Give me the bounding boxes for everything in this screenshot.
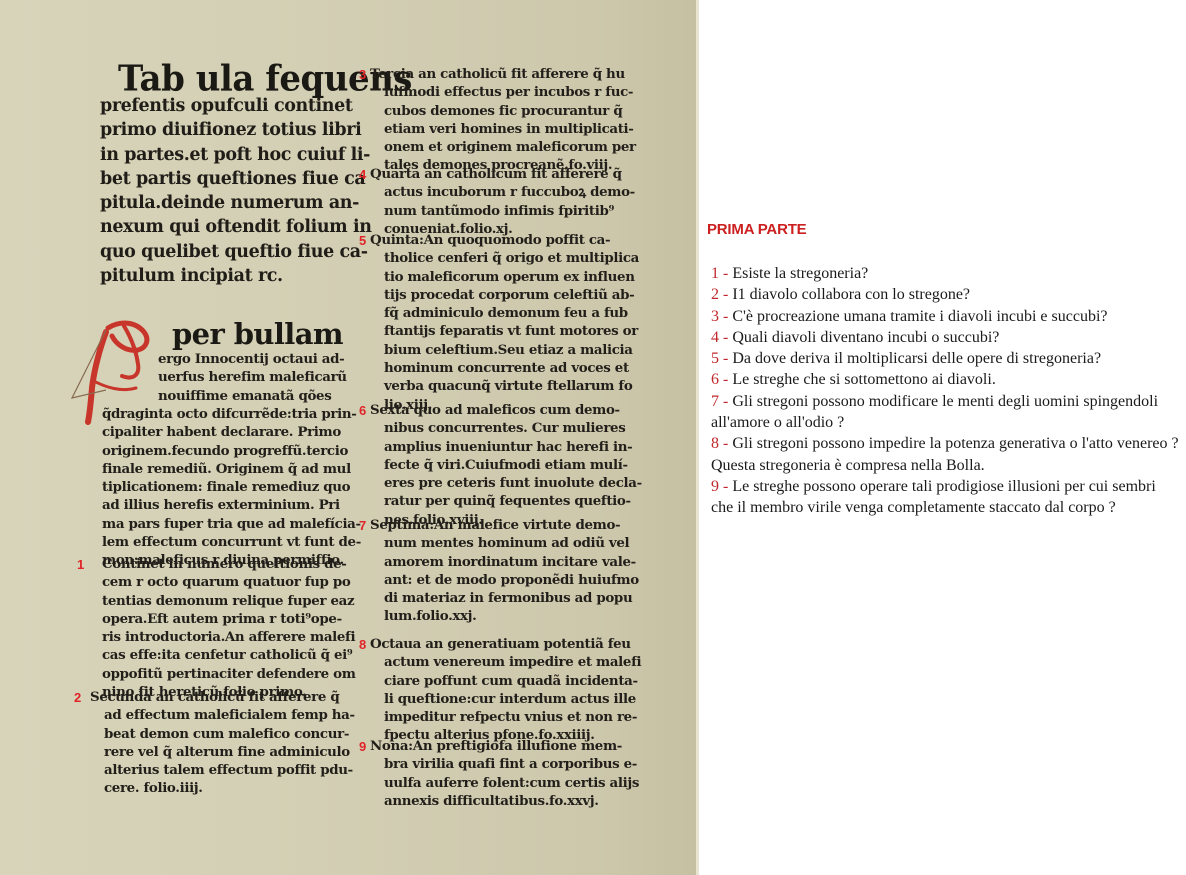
item-number: 4	[711, 329, 719, 346]
bull-line: ergo Innocentij octaui ad-	[158, 350, 347, 368]
list-item: 8 - Gli stregoni possono impedire la pot…	[711, 433, 1181, 476]
question-line: actus incuborum r fuccuboꝝ demo-	[370, 183, 635, 201]
section-heading: PRIMA PARTE	[707, 221, 806, 238]
page-title: Tab ula fequens	[118, 59, 412, 99]
intro-paragraph: prefentis opufculi continet primo diuifi…	[100, 94, 350, 288]
question-line: ciare poffunt cum quadã incidenta-	[370, 672, 641, 690]
question-line: Sexta quo ad maleficos cum demo-	[370, 401, 642, 419]
item-number: 5	[711, 350, 719, 367]
question-line: cas effe:ita cenfetur catholicũ q̃ ei⁹	[102, 646, 356, 664]
question-line: rere vel q̃ alterum fine adminiculo	[90, 743, 355, 761]
question-block: Secunda an catholicũ fit afferere q̃ ad …	[90, 688, 355, 798]
scanned-page: Tab ula fequens prefentis opufculi conti…	[0, 0, 699, 875]
item-number: 1	[711, 265, 719, 282]
bull-line: tiplicationem: finale remediuz quo	[102, 478, 361, 496]
list-item: 5 - Da dove deriva il moltiplicarsi dell…	[711, 348, 1181, 369]
question-line: num mentes hominum ad odiũ vel	[370, 534, 639, 552]
list-item: 1 - Esiste la stregoneria?	[711, 263, 1181, 284]
bull-line: uerfus herefim maleficarũ	[158, 368, 347, 386]
bull-line: ma pars fuper tria que ad malefícia-	[102, 515, 361, 533]
question-line: ris introductoria.An afferere malefi	[102, 628, 356, 646]
question-line: bium celeftium.Seu etiaz a malicia	[370, 341, 639, 359]
question-line: tentias demonum relique fuper eaz	[102, 592, 356, 610]
question-line: ad effectum maleficialem femp ha-	[90, 706, 355, 724]
intro-line: primo diuifionez totius libri	[100, 118, 350, 142]
question-line: actum venereum impedire et malefi	[370, 653, 641, 671]
question-line: Septima:An malefice virtute demo-	[370, 516, 639, 534]
intro-line: pitulum incipiat rc.	[100, 264, 350, 288]
question-block: Quinta:An quoquomodo poffit ca- tholice …	[370, 231, 639, 414]
item-text: Da dove deriva il moltiplicarsi delle op…	[732, 350, 1101, 367]
bull-line: originem.fecundo progreffũ.tercio	[102, 442, 361, 460]
question-line: hominum concurrente ad voces et	[370, 359, 639, 377]
intro-line: prefentis opufculi continet	[100, 94, 350, 118]
question-line: bra virilia quafi fint a corporibus e-	[370, 755, 639, 773]
question-line: ftantijs feparatis vt funt motores or	[370, 322, 639, 340]
question-line: nibus concurrentes. Cur mulieres	[370, 419, 642, 437]
list-item: 9 - Le streghe possono operare tali prod…	[711, 476, 1181, 519]
question-line: tio maleficorum operum ex influen	[370, 268, 639, 286]
question-marker: 8	[359, 637, 366, 652]
question-line: etiam veri homines in multiplicati-	[370, 120, 636, 138]
item-number: 8	[711, 435, 719, 452]
item-number: 7	[711, 393, 719, 410]
bull-line: lem effectum concurrunt vt funt de-	[102, 533, 361, 551]
question-block: Nona:An preftigiofa illufione mem- bra v…	[370, 737, 639, 810]
question-list: 1 - Esiste la stregoneria? 2 - I1 diavol…	[711, 263, 1181, 519]
list-item: 3 - C'è procreazione umana tramite i dia…	[711, 306, 1181, 327]
question-line: tijs procedat corporum celeftiũ ab-	[370, 286, 639, 304]
item-text: Quali diavoli diventano incubi o succubi…	[732, 329, 999, 346]
question-marker: 3	[359, 67, 366, 82]
question-line: Octaua an generatiuam potentiã feu	[370, 635, 641, 653]
item-number: 6	[711, 371, 719, 388]
question-line: Nona:An preftigiofa illufione mem-	[370, 737, 639, 755]
question-line: verba quacunq̃ virtute ftellarum fo	[370, 377, 639, 395]
item-text: C'è procreazione umana tramite i diavoli…	[732, 308, 1107, 325]
list-item: 7 - Gli stregoni possono modificare le m…	[711, 391, 1181, 434]
intro-line: in partes.et poft hoc cuiuf li-	[100, 143, 350, 167]
question-line: Continet in numero queftionis de-	[102, 555, 356, 573]
bull-line: cipaliter habent declarare. Primo	[102, 423, 361, 441]
question-line: onem et originem maleficorum per	[370, 138, 636, 156]
question-line: tholice cenferi q̃ origo et multiplica	[370, 249, 639, 267]
list-item: 6 - Le streghe che si sottomettono ai di…	[711, 369, 1181, 390]
question-line: eres pre ceteris funt inuolute decla-	[370, 474, 642, 492]
intro-line: quo quelibet queftio fiue ca-	[100, 240, 350, 264]
question-line: amplius inueniuntur hac herefi in-	[370, 438, 642, 456]
question-line: cubos demones fic procurantur q̃	[370, 102, 636, 120]
item-separator: -	[719, 478, 732, 495]
question-line: ant: et de modo proponẽdi huiufmo	[370, 571, 639, 589]
question-line: ratur per quinq̃ fequentes queftio-	[370, 492, 642, 510]
question-marker: 5	[359, 233, 366, 248]
bull-paragraph: q̃draginta octo difcurrẽde:tria prin- ci…	[102, 405, 361, 570]
question-line: cere. folio.iiij.	[90, 779, 355, 797]
question-line: Tercia an catholicũ fit afferere q̃ hu	[370, 65, 636, 83]
question-line: alterius talem effectum poffit pdu-	[90, 761, 355, 779]
bull-line: finale remediũ. Originem q̃ ad mul	[102, 460, 361, 478]
translation-pane: PRIMA PARTE 1 - Esiste la stregoneria? 2…	[699, 0, 1186, 875]
question-line: fecte q̃ viri.Cuiufmodi etiam mulí-	[370, 456, 642, 474]
item-text: Le streghe possono operare tali prodigio…	[711, 478, 1156, 516]
question-block: Sexta quo ad maleficos cum demo- nibus c…	[370, 401, 642, 529]
question-line: di materiaz in fermonibus ad popu	[370, 589, 639, 607]
question-block: Octaua an generatiuam potentiã feu actum…	[370, 635, 641, 745]
bull-line: nouiffime emanatã qões	[158, 387, 347, 405]
intro-line: bet partis queftiones fiue ca	[100, 167, 350, 191]
question-line: Quarta an catholicum fit afferere q̃	[370, 165, 635, 183]
intro-line: pitula.deinde numerum an-	[100, 191, 350, 215]
question-line: iufmodi effectus per incubos r fuc-	[370, 83, 636, 101]
bull-line: q̃draginta octo difcurrẽde:tria prin-	[102, 405, 361, 423]
question-marker: 7	[359, 518, 366, 533]
item-separator: -	[719, 371, 732, 388]
item-number: 9	[711, 478, 719, 495]
question-line: uulfa auferre folent:cum certis alijs	[370, 774, 639, 792]
question-line: amorem inordinatum incitare vale-	[370, 553, 639, 571]
bull-indented-paragraph: ergo Innocentij octaui ad- uerfus herefi…	[158, 350, 347, 405]
question-line: lum.folio.xxj.	[370, 607, 639, 625]
question-line: impeditur refpectu vnius et non re-	[370, 708, 641, 726]
item-number: 3	[711, 308, 719, 325]
item-separator: -	[719, 308, 732, 325]
question-line: num tantũmodo infimis fpiritib⁹	[370, 202, 635, 220]
item-separator: -	[719, 393, 732, 410]
question-block: Septima:An malefice virtute demo- num me…	[370, 516, 639, 626]
question-line: cem r octo quarum quatuor fup po	[102, 573, 356, 591]
item-separator: -	[719, 435, 732, 452]
question-marker: 9	[359, 739, 366, 754]
question-marker: 6	[359, 403, 366, 418]
item-text: I1 diavolo collabora con lo stregone?	[732, 286, 970, 303]
intro-line: nexum qui oftendit folium in	[100, 215, 350, 239]
question-line: Quinta:An quoquomodo poffit ca-	[370, 231, 639, 249]
question-block: Tercia an catholicũ fit afferere q̃ hu i…	[370, 65, 636, 175]
question-marker: 1	[77, 557, 84, 572]
question-line: Secunda an catholicũ fit afferere q̃	[90, 688, 355, 706]
item-separator: -	[719, 350, 732, 367]
list-item: 4 - Quali diavoli diventano incubi o suc…	[711, 327, 1181, 348]
item-separator: -	[719, 329, 732, 346]
item-text: Gli stregoni possono impedire la potenza…	[711, 435, 1179, 473]
question-marker: 2	[74, 690, 81, 705]
item-text: Esiste la stregoneria?	[732, 265, 868, 282]
item-separator: -	[719, 265, 732, 282]
item-number: 2	[711, 286, 719, 303]
question-line: annexis difficultatibus.fo.xxvj.	[370, 792, 639, 810]
question-line: opera.Eft autem prima r toti⁹ope-	[102, 610, 356, 628]
bull-line: ad illius herefis exterminium. Pri	[102, 496, 361, 514]
question-block: Quarta an catholicum fit afferere q̃ act…	[370, 165, 635, 238]
item-text: Gli stregoni possono modificare le menti…	[711, 393, 1158, 431]
section-title-bull: per bullam	[172, 318, 343, 350]
item-text: Le streghe che si sottomettono ai diavol…	[732, 371, 996, 388]
question-line: beat demon cum malefico concur-	[90, 725, 355, 743]
question-line: li queftione:cur interdum actus ille	[370, 690, 641, 708]
question-line: fq̃ adminiculo demonum feu a fub	[370, 304, 639, 322]
list-item: 2 - I1 diavolo collabora con lo stregone…	[711, 284, 1181, 305]
question-block: Continet in numero queftionis de- cem r …	[102, 555, 356, 701]
question-line: oppofitũ pertinaciter defendere om	[102, 665, 356, 683]
question-marker: 4	[359, 167, 366, 182]
item-separator: -	[719, 286, 732, 303]
